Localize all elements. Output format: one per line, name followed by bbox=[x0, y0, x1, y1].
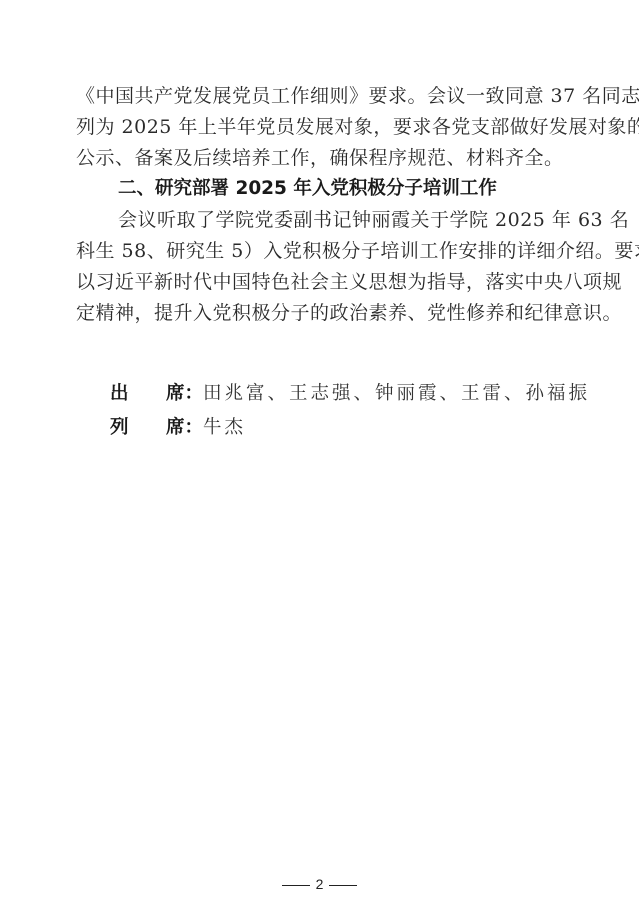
page-footer: 2 bbox=[0, 876, 639, 892]
page-number: 2 bbox=[316, 876, 324, 892]
section-heading: 二、研究部署 2025 年入党积极分子培训工作 bbox=[118, 177, 497, 201]
nonvoting-names: 牛杰 bbox=[203, 417, 246, 438]
document-page: 《中国共产党发展党员工作细则》要求。会议一致同意 37 名同志 列为 2025 … bbox=[0, 0, 639, 905]
paragraph2-line-3: 以习近平新时代中国特色社会主义思想为指导，落实中央八项规 bbox=[76, 270, 564, 294]
paragraph1-line-1: 《中国共产党发展党员工作细则》要求。会议一致同意 37 名同志 bbox=[76, 84, 564, 108]
attendance-present: 出席：田兆富、王志强、钟丽霞、王雷、孙福振 bbox=[110, 382, 590, 406]
present-label: 出席： bbox=[110, 383, 203, 404]
paragraph2-line-1: 会议听取了学院党委副书记钟丽霞关于学院 2025 年 63 名（本 bbox=[118, 208, 564, 232]
paragraph1-line-3: 公示、备案及后续培养工作，确保程序规范、材料齐全。 bbox=[76, 146, 564, 170]
paragraph2-line-2: 科生 58、研究生 5）入党积极分子培训工作安排的详细介绍。要求 bbox=[76, 239, 564, 263]
right-dash bbox=[329, 885, 357, 886]
paragraph2-line-4: 定精神，提升入党积极分子的政治素养、党性修养和纪律意识。 bbox=[76, 301, 564, 325]
present-names: 田兆富、王志强、钟丽霞、王雷、孙福振 bbox=[203, 383, 590, 404]
left-dash bbox=[282, 885, 310, 886]
nonvoting-label: 列席： bbox=[110, 417, 203, 438]
paragraph1-line-2: 列为 2025 年上半年党员发展对象，要求各党支部做好发展对象的 bbox=[76, 115, 564, 139]
attendance-nonvoting: 列席：牛杰 bbox=[110, 416, 246, 440]
